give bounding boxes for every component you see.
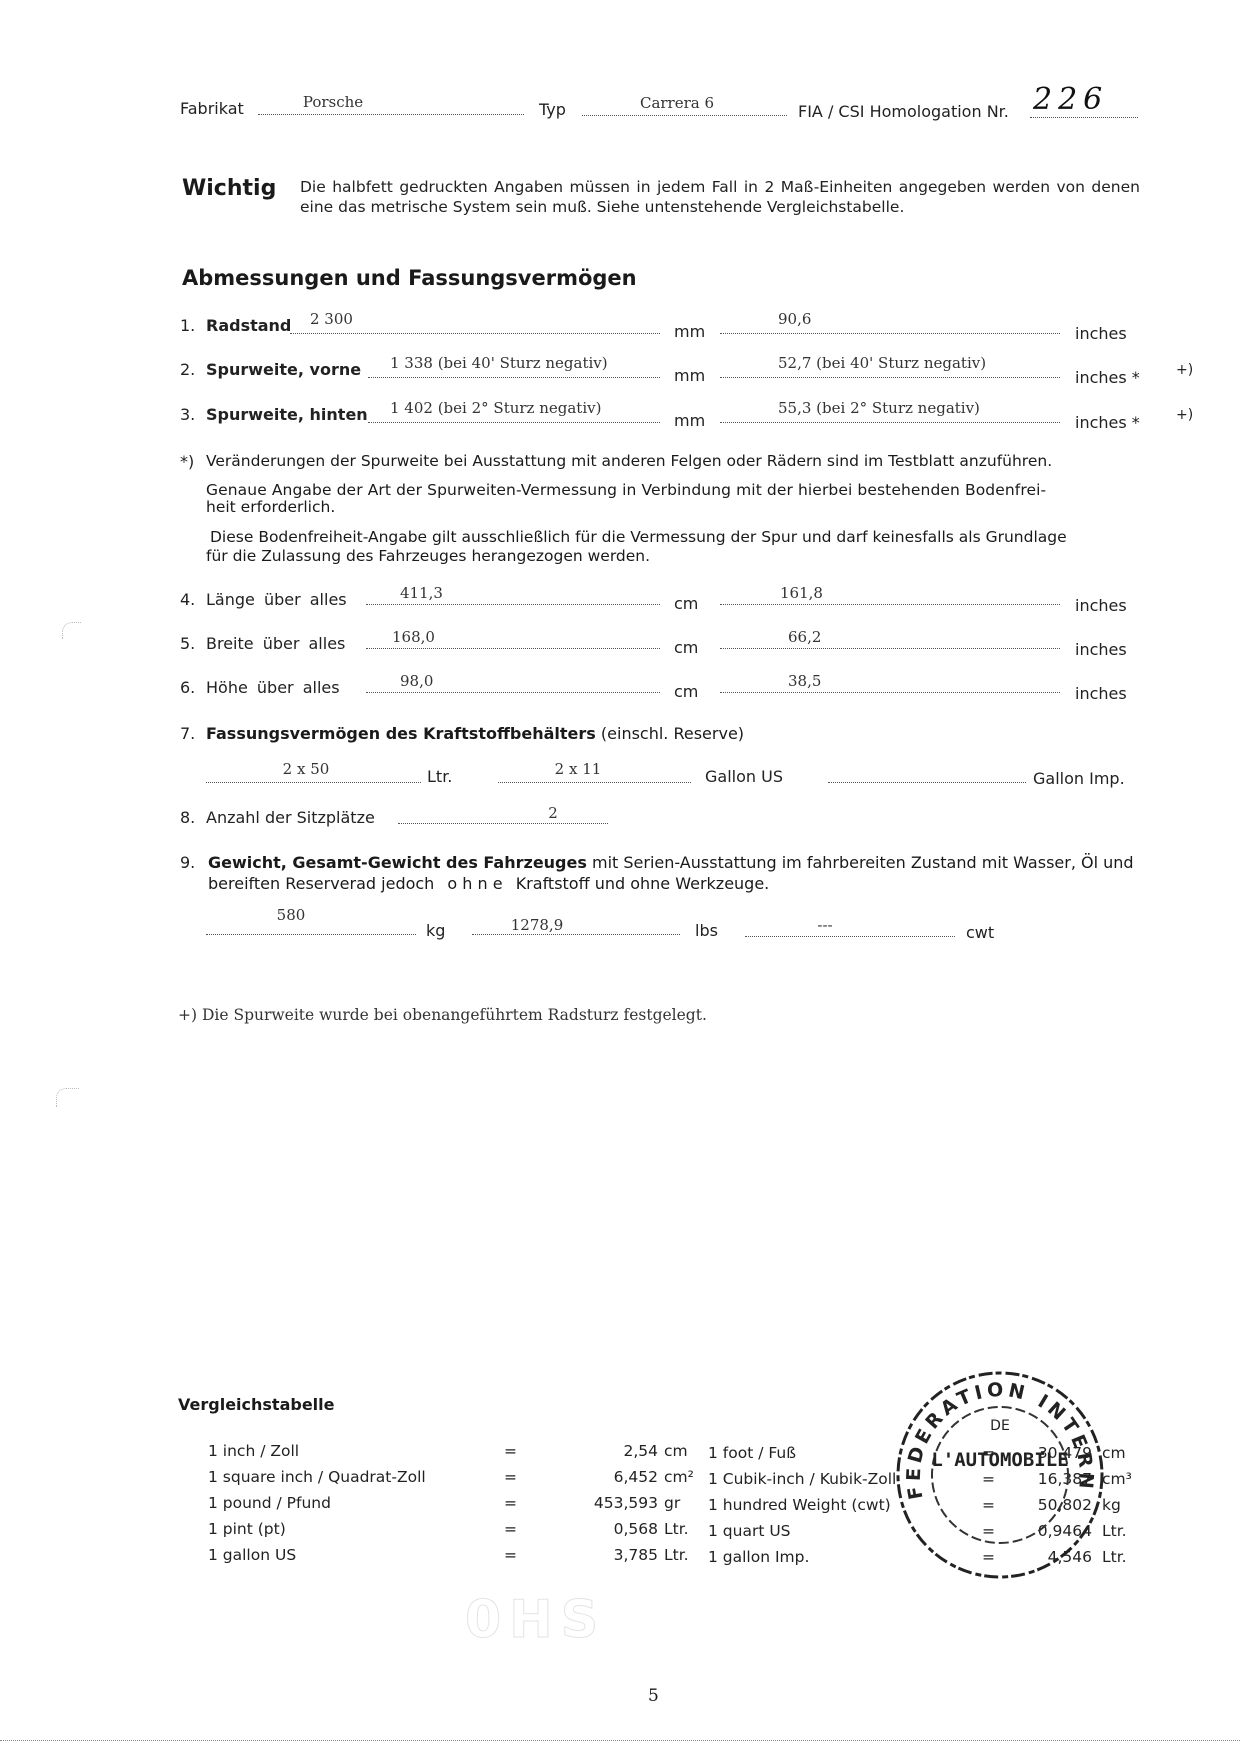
dimension-imperial-unit: inches	[1075, 684, 1127, 703]
footnote-star-line5: für die Zulassung des Fahrzeuges herange…	[206, 547, 650, 565]
dimension-imperial-unit: inches	[1075, 640, 1127, 659]
item-imperial-unit: inches	[1075, 324, 1127, 343]
dimension-imperial-value: 38,5	[788, 672, 821, 690]
footnote-star-line3: heit erforderlich.	[206, 498, 335, 516]
dimension-num: 5.	[180, 634, 195, 653]
weight-label: Gewicht, Gesamt-Gewicht des Fahrzeuges	[208, 853, 587, 872]
weight-cwt-value: ---	[760, 916, 890, 934]
fabrikat-label: Fabrikat	[180, 99, 244, 118]
typ-label: Typ	[539, 100, 566, 119]
comparison-left-unit: Ltr.	[664, 1546, 689, 1564]
faint-stamp-mark: 0HS	[465, 1590, 606, 1650]
weight-label-rest1: mit Serien-Ausstattung im fahrbereiten Z…	[592, 853, 1134, 872]
seats-label: Anzahl der Sitzplätze	[206, 808, 375, 827]
dimension-metric-unit: cm	[674, 682, 698, 701]
weight-label-rest2b: Kraftstoff und ohne Werkzeuge.	[516, 874, 770, 893]
weight-kg-unit: kg	[426, 921, 445, 940]
comparison-left-value: 2,54	[540, 1442, 658, 1460]
item-metric-unit: mm	[674, 411, 705, 430]
item-imperial-unit: inches *	[1075, 368, 1140, 387]
comparison-left-unit: cm	[664, 1442, 688, 1460]
seats-value: 2	[520, 804, 586, 822]
item-label: Spurweite, hinten	[206, 405, 368, 424]
fuel-num: 7.	[180, 724, 195, 743]
item-label: Spurweite, vorne	[206, 360, 361, 379]
homologation-label: FIA / CSI Homologation Nr.	[798, 102, 1009, 121]
item-num: 1.	[180, 316, 195, 335]
item-plus-mark: +)	[1176, 362, 1193, 378]
comparison-right-label: 1 quart US	[708, 1522, 791, 1540]
footnote-plus: +) Die Spurweite wurde bei obenangeführt…	[178, 1006, 707, 1024]
section-title: Abmessungen und Fassungsvermögen	[182, 266, 637, 290]
comparison-left-unit: gr	[664, 1494, 680, 1512]
comparison-right-label: 1 Cubik-inch / Kubik-Zoll	[708, 1470, 896, 1488]
comparison-title: Vergleichstabelle	[178, 1395, 335, 1414]
item-metric-value: 1 338 (bei 40' Sturz negativ)	[390, 354, 608, 372]
comparison-left-eq: =	[504, 1494, 517, 1512]
item-plus-mark: +)	[1176, 407, 1193, 423]
comparison-left-label: 1 pound / Pfund	[208, 1494, 331, 1512]
comparison-left-value: 3,785	[540, 1546, 658, 1564]
weight-lbs-unit: lbs	[695, 921, 718, 940]
item-imperial-unit: inches *	[1075, 413, 1140, 432]
dimension-imperial-value: 161,8	[780, 584, 823, 602]
comparison-left-unit: cm²	[664, 1468, 694, 1486]
dimension-metric-unit: cm	[674, 594, 698, 613]
comparison-right-label: 1 hundred Weight (cwt)	[708, 1496, 891, 1514]
dimension-label: Länge über alles	[206, 590, 347, 609]
scan-artifact	[62, 622, 81, 639]
fuel-gal-imp-unit: Gallon Imp.	[1033, 769, 1125, 788]
dimension-imperial-unit: inches	[1075, 596, 1127, 615]
comparison-left-eq: =	[504, 1546, 517, 1564]
comparison-left-label: 1 gallon US	[208, 1546, 296, 1564]
weight-kg-value: 580	[206, 906, 376, 924]
item-metric-value: 2 300	[310, 310, 353, 328]
fuel-ltr-unit: Ltr.	[427, 767, 452, 786]
comparison-left-eq: =	[504, 1442, 517, 1460]
stamp-center-main: L'AUTOMOBILE	[931, 1449, 1068, 1471]
footnote-star-line2: Genaue Angabe der Art der Spurweiten-Ver…	[206, 481, 1046, 499]
item-label: Radstand	[206, 316, 291, 335]
fia-stamp-icon: FEDERATION INTERNATIONALE DE L'AUTOMOBIL…	[893, 1368, 1107, 1582]
comparison-left-label: 1 pint (pt)	[208, 1520, 286, 1538]
comparison-left-label: 1 square inch / Quadrat-Zoll	[208, 1468, 426, 1486]
dimension-metric-value: 98,0	[400, 672, 433, 690]
dimension-label: Höhe über alles	[206, 678, 340, 697]
comparison-left-eq: =	[504, 1468, 517, 1486]
dimension-imperial-value: 66,2	[788, 628, 821, 646]
dimension-metric-value: 411,3	[400, 584, 443, 602]
footnote-star-line1: Veränderungen der Spurweite bei Ausstatt…	[206, 452, 1052, 470]
page-number: 5	[648, 1686, 659, 1706]
comparison-left-value: 453,593	[540, 1494, 658, 1512]
weight-label-rest2a: bereiften Reserverad jedoch	[208, 874, 434, 893]
stamp-center-top: DE	[990, 1418, 1010, 1434]
item-imperial-value: 55,3 (bei 2° Sturz negativ)	[778, 399, 980, 417]
seats-num: 8.	[180, 808, 195, 827]
footnote-star-line4: Diese Bodenfreiheit-Angabe gilt ausschli…	[210, 528, 1067, 546]
comparison-right-label: 1 gallon Imp.	[708, 1548, 809, 1566]
dimension-metric-unit: cm	[674, 638, 698, 657]
comparison-left-unit: Ltr.	[664, 1520, 689, 1538]
item-imperial-value: 90,6	[778, 310, 811, 328]
comparison-left-eq: =	[504, 1520, 517, 1538]
notice-title: Wichtig	[182, 176, 276, 201]
item-metric-unit: mm	[674, 366, 705, 385]
dimension-num: 4.	[180, 590, 195, 609]
item-num: 2.	[180, 360, 195, 379]
fuel-label-rest: (einschl. Reserve)	[601, 724, 744, 743]
item-metric-unit: mm	[674, 322, 705, 341]
item-num: 3.	[180, 405, 195, 424]
fuel-gal-us-unit: Gallon US	[705, 767, 783, 786]
weight-label-ohne: o h n e	[447, 874, 502, 893]
dimension-num: 6.	[180, 678, 195, 697]
comparison-right-label: 1 foot / Fuß	[708, 1444, 796, 1462]
bottom-rule	[0, 1740, 1240, 1741]
scan-artifact	[56, 1088, 79, 1107]
comparison-left-label: 1 inch / Zoll	[208, 1442, 299, 1460]
fuel-ltr-value: 2 x 50	[206, 760, 406, 778]
typ-value: Carrera 6	[582, 94, 772, 112]
dimension-metric-value: 168,0	[392, 628, 435, 646]
item-imperial-value: 52,7 (bei 40' Sturz negativ)	[778, 354, 986, 372]
fuel-label: Fassungsvermögen des Kraftstoffbehälters	[206, 724, 596, 743]
fabrikat-value: Porsche	[258, 93, 408, 111]
notice-text: Die halbfett gedruckten Angaben müssen i…	[300, 177, 1140, 217]
comparison-left-value: 0,568	[540, 1520, 658, 1538]
footnote-star-marker: *)	[180, 452, 194, 471]
dimension-label: Breite über alles	[206, 634, 345, 653]
item-metric-value: 1 402 (bei 2° Sturz negativ)	[390, 399, 601, 417]
fuel-gal-us-value: 2 x 11	[498, 760, 658, 778]
weight-cwt-unit: cwt	[966, 923, 994, 942]
homologation-number: 226	[1033, 82, 1108, 117]
weight-lbs-value: 1278,9	[472, 916, 602, 934]
weight-num: 9.	[180, 853, 195, 872]
comparison-left-value: 6,452	[540, 1468, 658, 1486]
